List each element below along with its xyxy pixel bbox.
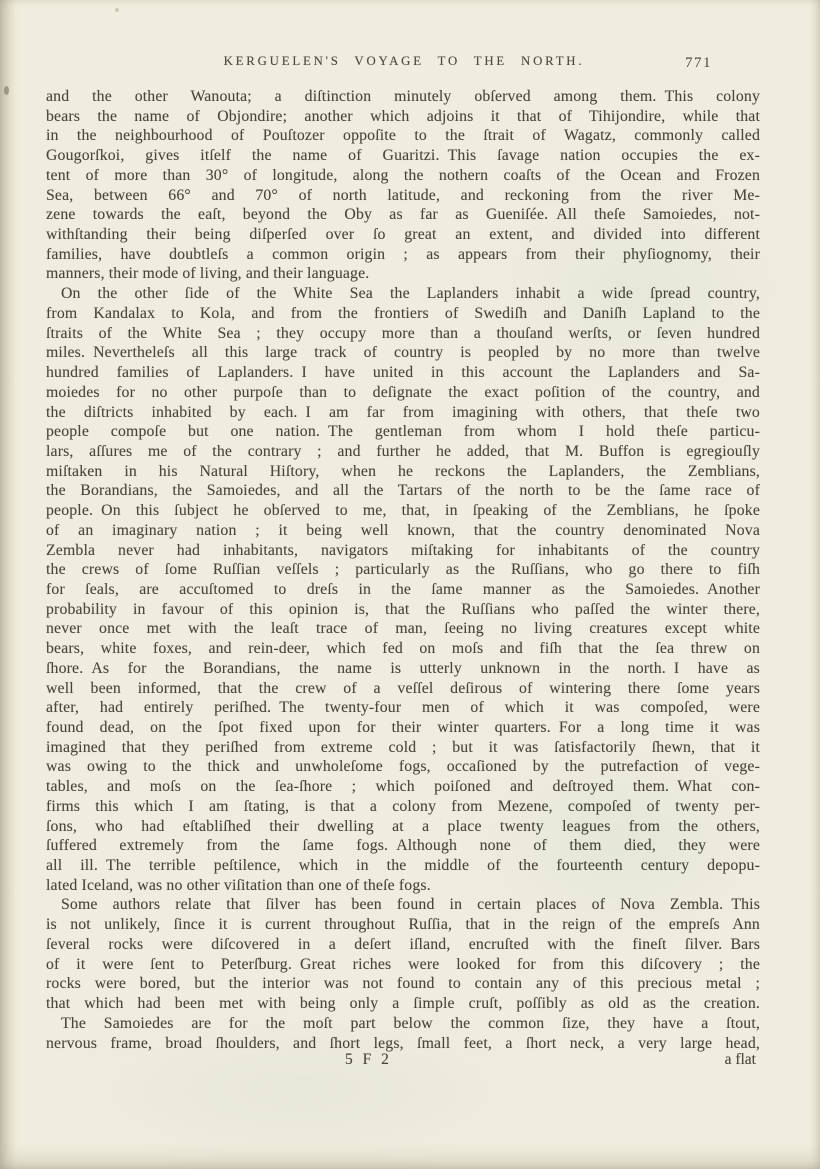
page-body-text: and the other Wanouta; a diſtinction min… <box>46 87 760 1053</box>
text-line: Zembla never had inhabitants, navigators… <box>46 541 760 561</box>
text-line: of an imaginary nation ; it being well k… <box>46 521 760 541</box>
text-line: firms this which I am ſtating, is that a… <box>46 797 760 817</box>
text-line: the crews of ſome Ruſſian veſſels ; part… <box>46 560 760 580</box>
text-line: probability in favour of this opinion is… <box>46 600 760 620</box>
text-line: from Kandalax to Kola, and from the fron… <box>46 304 760 324</box>
text-line: for ſeals, are accuſtomed to dreſs in th… <box>46 580 760 600</box>
text-line: that which had been met with being only … <box>46 994 760 1014</box>
text-line: moiedes for no other purpoſe than to deſ… <box>46 383 760 403</box>
text-line: and the other Wanouta; a diſtinction min… <box>46 87 760 107</box>
text-line: hundred families of Laplanders. I have u… <box>46 363 760 383</box>
text-line: imagined that they periſhed from extreme… <box>46 738 760 758</box>
paper-speck <box>4 86 9 95</box>
text-line: Gougorſkoi, gives itſelf the name of Gua… <box>46 146 760 166</box>
text-line: ſhore. As for the Borandians, the name i… <box>46 659 760 679</box>
text-line: of it were ſent to Peterſburg. Great ric… <box>46 955 760 975</box>
catchword: a flat <box>725 1051 756 1069</box>
text-line: ſeveral rocks were diſcovered in a deſer… <box>46 935 760 955</box>
text-line: Sea, between 66° and 70° of north latitu… <box>46 186 760 206</box>
text-line: lated Iceland, was no other viſitation t… <box>46 876 760 896</box>
text-line: found dead, on the ſpot fixed upon for t… <box>46 718 760 738</box>
page-footer: 5 F 2 a flat <box>46 1051 760 1073</box>
text-line: bears, white foxes, and rein-deer, which… <box>46 639 760 659</box>
text-line: tables, and moſs on the ſea-ſhore ; whic… <box>46 777 760 797</box>
paper-speck <box>115 8 119 12</box>
text-line: Some authors relate that ſilver has been… <box>46 895 760 915</box>
text-line: manners, their mode of living, and their… <box>46 264 760 284</box>
text-line: lars, aſſures me of the contrary ; and f… <box>46 442 760 462</box>
text-line: all ill. The terrible peſtilence, which … <box>46 856 760 876</box>
text-line: ſuffered extremely from the ſame fogs. A… <box>46 836 760 856</box>
text-line: bears the name of Objondire; another whi… <box>46 107 760 127</box>
text-line: was owing to the thick and unwholeſome f… <box>46 757 760 777</box>
book-page: KERGUELEN'S VOYAGE TO THE NORTH. 771 and… <box>0 0 820 1169</box>
text-line: after, had entirely periſhed. The twenty… <box>46 698 760 718</box>
page-header: KERGUELEN'S VOYAGE TO THE NORTH. 771 <box>48 54 760 76</box>
text-line: never once met with the leaſt trace of m… <box>46 619 760 639</box>
running-title: KERGUELEN'S VOYAGE TO THE NORTH. <box>48 54 760 69</box>
text-line: The Samoiedes are for the moſt part belo… <box>46 1014 760 1034</box>
text-line: ſons, who had eſtabliſhed their dwelling… <box>46 817 760 837</box>
text-line: miſtaken in his Natural Hiſtory, when he… <box>46 462 760 482</box>
text-line: tent of more than 30° of longitude, alon… <box>46 166 760 186</box>
signature-mark: 5 F 2 <box>345 1051 392 1069</box>
text-line: ſtraits of the White Sea ; they occupy m… <box>46 324 760 344</box>
text-line: the Borandians, the Samoiedes, and all t… <box>46 481 760 501</box>
text-line: On the other ſide of the White Sea the L… <box>46 284 760 304</box>
text-line: people. On this ſubject he obſerved to m… <box>46 501 760 521</box>
text-line: in the neighbourhood of Pouſtozer oppoſi… <box>46 126 760 146</box>
text-line: people compoſe but one nation. The gentl… <box>46 422 760 442</box>
page-number: 771 <box>685 55 712 72</box>
text-line: families, have doubtleſs a common origin… <box>46 245 760 265</box>
text-line: zene towards the eaſt, beyond the Oby as… <box>46 205 760 225</box>
text-line: miles. Nevertheleſs all this large track… <box>46 343 760 363</box>
text-line: rocks were bored, but the interior was n… <box>46 974 760 994</box>
text-line: is not unlikely, ſince it is current thr… <box>46 915 760 935</box>
text-line: withſtanding their being diſperſed over … <box>46 225 760 245</box>
text-line: well been informed, that the crew of a v… <box>46 679 760 699</box>
text-line: the diſtricts inhabited by each. I am fa… <box>46 403 760 423</box>
